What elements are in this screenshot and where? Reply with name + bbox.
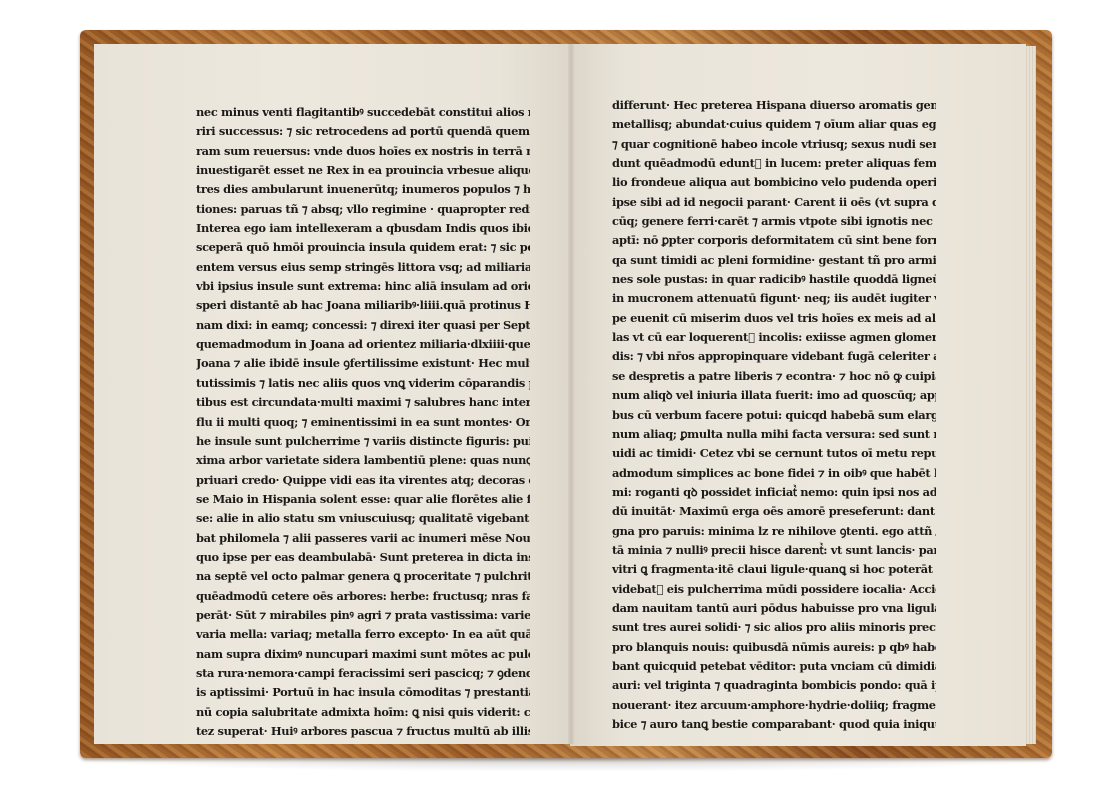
text-line: gna pro paruis: minima lz re nihilove ꝯt… [612, 522, 936, 541]
text-line: priuari credo· Quippe vidi eas ita viren… [196, 471, 530, 490]
text-line: in mucronem attenuatū figunt· neq; iis a… [612, 289, 936, 308]
text-line: pe euenit cū miserim duos vel tris hoīes… [612, 309, 936, 328]
text-line: dunt quēadmodū eduntᷣ in lucem: preter a… [612, 154, 936, 173]
text-line: sta rura·nemora·campi feracissimi seri p… [196, 664, 530, 683]
text-line: entem versus eius semp stringēs littora … [196, 258, 530, 277]
text-line: nam dixi: in eamq; concessi: ⁊ direxi it… [196, 316, 530, 335]
text-line: nam supra diximꝰ nuncupari maximi sunt m… [196, 645, 530, 664]
text-line: dam nauitam tantū auri pōdus habuisse pr… [612, 599, 936, 618]
text-line: bice ⁊ auro tanꝗ bestie comparabant· quo… [612, 715, 936, 734]
text-line: vbi ipsius insule sunt extrema: hinc ali… [196, 277, 530, 296]
text-line: lio frondeue aliqua aut bombicino velo p… [612, 173, 936, 192]
text-line: qa sunt timidi ac pleni formidine· gesta… [612, 251, 936, 270]
text-line: Interea ego iam intellexeram a qbusdam I… [196, 219, 530, 238]
text-line: tiones: paruas tñ ⁊ absq; vllo regimine … [196, 200, 530, 219]
text-line: perāt· Sūt ⁊ mirabiles pinꝰ agri ⁊ prata… [196, 606, 530, 625]
text-line: pro blanquis nouis: quibusdā nūmis aurei… [612, 638, 936, 657]
text-line: nec minus venti flagitantibꝰ succedebāt … [196, 103, 530, 122]
text-line: admodum simplices ac bone fidei ⁊ in oib… [612, 464, 936, 483]
text-line: is aptissimi· Portuū in hac insula cōmod… [196, 683, 530, 702]
text-line: na septē vel octo palmar genera ꝗ procer… [196, 567, 530, 586]
text-line: num aliqꝺ vel iniuria illata fuerit: imo… [612, 386, 936, 405]
text-line: xima arbor varietate sidera lambentiū pl… [196, 451, 530, 470]
text-line: nes sole pustas: in quar radicibꝰ hastil… [612, 270, 936, 289]
text-line: quēadmodū cetere oēs arbores: herbe: fru… [196, 587, 530, 606]
text-line: bat philomela ⁊ alii passeres varii ac i… [196, 529, 530, 548]
text-line: differunt· Hec preterea Hispana diuerso … [612, 96, 936, 115]
text-line: ipse sibi ad id negocii parant· Carent i… [612, 193, 936, 212]
text-line: bant quicquid petebat vēditor: puta vnci… [612, 657, 936, 676]
text-line: vitri ꝗ fragmenta·itē claui ligule·quanꝗ… [612, 560, 936, 579]
text-line: varia mella: variaq; metalla ferro excep… [196, 625, 530, 644]
text-line: bus cū verbum facere potui: quicqd habeb… [612, 406, 936, 425]
text-line: tez superat· Huiꝰ arbores pascua ⁊ fruct… [196, 722, 530, 741]
text-line: speri distantē ab hac Joana miliaribꝰ·li… [196, 296, 530, 315]
text-line: sunt tres aurei solidi· ⁊ sic alios pro … [612, 618, 936, 637]
text-line: cūq; genere ferri·carēt ⁊ armis vtpote s… [612, 212, 936, 231]
text-line: metallisq; abundat·cuius quidem ⁊ oīum a… [612, 115, 936, 134]
text-line: se despretis a patre liberis ⁊ econtra· … [612, 367, 936, 386]
text-line: mi: roganti qꝺ possidet inficiatᷣ nemo: … [612, 483, 936, 502]
text-line: Joana ⁊ alie ibidē insule ꝯfertilissime … [196, 354, 530, 373]
text-line: tibus est circundata·multi maximi ⁊ salu… [196, 393, 530, 412]
text-line: sceperā quō hmōi prouincia insula quidem… [196, 238, 530, 257]
text-line: dis: ⁊ vbi nr̄os appropinquare videbant … [612, 347, 936, 366]
text-line: aptī: nō ꝑpter corporis deformitatem cū … [612, 231, 936, 250]
text-line: he insule sunt pulcherrime ⁊ variis dist… [196, 432, 530, 451]
text-line: flu ii multi quoq; ⁊ eminentissimi in ea… [196, 413, 530, 432]
text-line: ⁊ quar cognitionē habeo incole vtriusq; … [612, 135, 936, 154]
text-line: quemadmodum in Joana ad orientez miliari… [196, 335, 530, 354]
left-page-text: nec minus venti flagitantibꝰ succedebāt … [196, 103, 530, 741]
text-line: tā minia ⁊ nulliꝰ precii hisce darentᷣ: … [612, 541, 936, 560]
text-line: ram sum reuersus: vnde duos hoīes ex nos… [196, 142, 530, 161]
text-line: se Maio in Hispania solent esse: quar al… [196, 490, 530, 509]
text-line: videbatᷣ eis pulcherrima mūdi possidere … [612, 580, 936, 599]
text-line: nū copia salubritate admixta hoīm: ꝗ nis… [196, 703, 530, 722]
right-page-text: differunt· Hec preterea Hispana diuerso … [612, 96, 936, 734]
text-line: auri: vel triginta ⁊ quadraginta bombici… [612, 676, 936, 695]
text-line: dū inuitāt· Maximū erga oēs amorē presef… [612, 502, 936, 521]
text-line: num aliaq; ꝑmulta nulla mihi facta versu… [612, 425, 936, 444]
text-line: se: alie in alio statu sm vniuscuiusq; q… [196, 509, 530, 528]
text-line: nouerant· itez arcuum·amphore·hydrie·dol… [612, 696, 936, 715]
text-line: tres dies ambularunt inuenerūtq; inumero… [196, 180, 530, 199]
text-line: las vt cū ear loquerentᷣ incolis: exiiss… [612, 328, 936, 347]
text-line: riri successus: ⁊ sic retrocedens ad por… [196, 122, 530, 141]
book-gutter [568, 44, 574, 744]
text-line: quo ipse per eas deambulabā· Sunt preter… [196, 548, 530, 567]
text-line: inuestigarēt esset ne Rex in ea prouinci… [196, 161, 530, 180]
text-line: tutissimis ⁊ latis nec aliis quos vnꝗ vi… [196, 374, 530, 393]
text-line: uidi ac timidi· Cetez vbi se cernunt tut… [612, 444, 936, 463]
